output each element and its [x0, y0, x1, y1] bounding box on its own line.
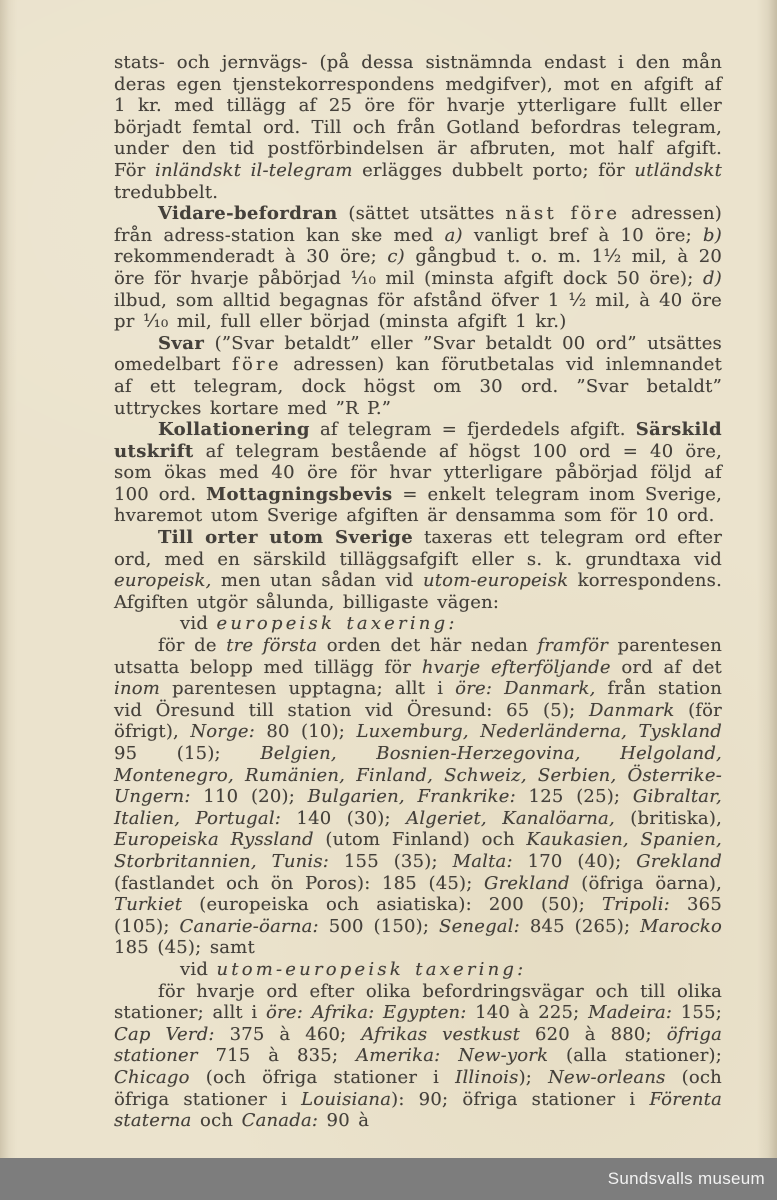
text-run: c) [387, 246, 405, 267]
text-run: Illinois [455, 1067, 518, 1088]
paragraph: Svar (”Svar betaldt” eller ”Svar betaldt… [114, 333, 722, 419]
text-run: Afrikas vestkust [361, 1024, 520, 1045]
text-run: 140 (30); [281, 808, 406, 829]
text-run: 170 (40); [513, 851, 637, 872]
text-run: vanligt bref à 10 öre; [463, 225, 703, 246]
text-run: (europeiska och asiatiska): 200 (50); [182, 894, 602, 915]
text-run: rekommenderadt à 30 öre; [114, 246, 387, 267]
text-run: tredubbelt. [114, 182, 218, 203]
text-run: Turkiet [114, 894, 182, 915]
text-run: 125 (25); [516, 786, 633, 807]
text-run: Tripoli: [602, 894, 670, 915]
text-run: 140 à 225; [467, 1002, 589, 1023]
text-run: (fastlandet och ön Poros): 185 (45); [114, 873, 484, 894]
text-run: Afrika: [312, 1002, 375, 1023]
text-run: Canarie-öarna: [180, 916, 319, 937]
text-run: 155 (35); [329, 851, 453, 872]
text-run: vid [180, 959, 216, 980]
text-run: Svar [158, 333, 204, 354]
text-run: (och öfriga stationer i [190, 1067, 455, 1088]
attribution-label: Sundsvalls museum [608, 1169, 765, 1189]
text-run: och [192, 1110, 242, 1131]
paragraph: vid europeisk taxering: [114, 613, 722, 635]
text-run: Louisiana [301, 1089, 391, 1110]
text-run: Cap Verd: [114, 1024, 215, 1045]
text-run: ): 90; öfriga stationer i [391, 1089, 649, 1110]
text-run: Senegal: [439, 916, 520, 937]
text-run [303, 1002, 312, 1023]
text-run [492, 678, 504, 699]
paragraph: för hvarje ord efter olika befordringsvä… [114, 981, 722, 1132]
text-run: a) [445, 225, 463, 246]
text-run: vid [180, 613, 216, 634]
text-run: före [232, 354, 282, 375]
text-run: Danmark, [504, 678, 595, 699]
text-run: 185 (45); samt [114, 937, 255, 958]
text-run: 90 à [318, 1110, 369, 1131]
paragraph: vid utom-europeisk taxering: [114, 959, 722, 981]
text-run: tre första [226, 635, 317, 656]
text-run: 155; [672, 1002, 722, 1023]
text-run: utom-europeisk taxering: [216, 959, 526, 980]
text-run: 620 à 880; [520, 1024, 667, 1045]
text-run: Bulgarien, Frankrike: [308, 786, 516, 807]
text-run: inländskt il-telegram [155, 160, 353, 181]
text-run: Mottagningsbevis [206, 484, 392, 505]
text-run: Grekland [636, 851, 722, 872]
paragraph: stats- och jernvägs- (på dessa sistnämnd… [114, 52, 722, 203]
scanned-page: stats- och jernvägs- (på dessa sistnämnd… [0, 0, 777, 1200]
text-run: 845 (265); [520, 916, 640, 937]
text-run: af telegram = fjerdedels afgift. [310, 419, 636, 440]
text-run: Malta: [453, 851, 513, 872]
page-text: stats- och jernvägs- (på dessa sistnämnd… [114, 52, 722, 1132]
text-run: b) [703, 225, 722, 246]
text-run: 500 (150); [319, 916, 439, 937]
text-run: Madeira: [588, 1002, 672, 1023]
attribution-bar: Sundsvalls museum [0, 1158, 777, 1200]
text-run: (alla stationer); [548, 1045, 722, 1066]
text-run: Norge: [190, 721, 255, 742]
text-run: (sättet utsättes [338, 203, 506, 224]
text-run: europeisk, [114, 570, 211, 591]
paragraph: Vidare-befordran (sättet utsättes näst f… [114, 203, 722, 333]
text-run: 110 (20); [191, 786, 308, 807]
text-run: Europeiska Ryssland [114, 829, 314, 850]
text-run: Till orter utom Sverige [158, 527, 413, 548]
text-run: hvarje efterföljande [422, 657, 611, 678]
text-run: erlägges dubbelt porto; för [353, 160, 635, 181]
text-run: (utom Finland) och [314, 829, 527, 850]
text-run: Kollationering [158, 419, 310, 440]
text-run: parentesen upptagna; allt i [160, 678, 455, 699]
text-run: öre: [266, 1002, 303, 1023]
text-run: ilbud, som alltid begagnas för afstånd ö… [114, 290, 722, 333]
paragraph: Till orter utom Sverige taxeras ett tele… [114, 527, 722, 613]
text-run: (öfriga öarna), [570, 873, 722, 894]
text-run: 375 à 460; [215, 1024, 362, 1045]
text-run: Vidare-befordran [158, 203, 338, 224]
text-run: för de [158, 635, 226, 656]
text-run: Danmark [589, 700, 674, 721]
text-run: New-orleans [548, 1067, 666, 1088]
text-run: orden det här nedan [317, 635, 537, 656]
text-run: 95 (15); [114, 743, 260, 764]
text-run: (britiska), [615, 808, 722, 829]
text-run: Canada: [242, 1110, 319, 1131]
paragraph: Kollationering af telegram = fjerdedels … [114, 419, 722, 527]
text-run: 715 à 835; [198, 1045, 356, 1066]
paragraph: för de tre första orden det här nedan fr… [114, 635, 722, 959]
text-run [374, 1002, 383, 1023]
text-run: Amerika: New-york [356, 1045, 548, 1066]
text-run: framför [537, 635, 608, 656]
text-run: utom-europeisk [423, 570, 568, 591]
text-run: 80 (10); [255, 721, 356, 742]
text-run: Marocko [640, 916, 722, 937]
text-run: Grekland [484, 873, 570, 894]
text-run: utländskt [634, 160, 722, 181]
text-run: d) [703, 268, 722, 289]
text-run: ord af det [611, 657, 722, 678]
text-run: inom [114, 678, 160, 699]
text-run: Chicago [114, 1067, 190, 1088]
text-run: Luxemburg, Nederländerna, Tyskland [356, 721, 722, 742]
text-run: näst före [505, 203, 620, 224]
text-run: ); [519, 1067, 549, 1088]
text-run: europeisk taxering: [216, 613, 457, 634]
text-run: men utan sådan vid [211, 570, 422, 591]
text-run: Egypten: [383, 1002, 467, 1023]
text-run: Algeriet, Kanalöarna, [406, 808, 615, 829]
text-run: öre: [455, 678, 492, 699]
